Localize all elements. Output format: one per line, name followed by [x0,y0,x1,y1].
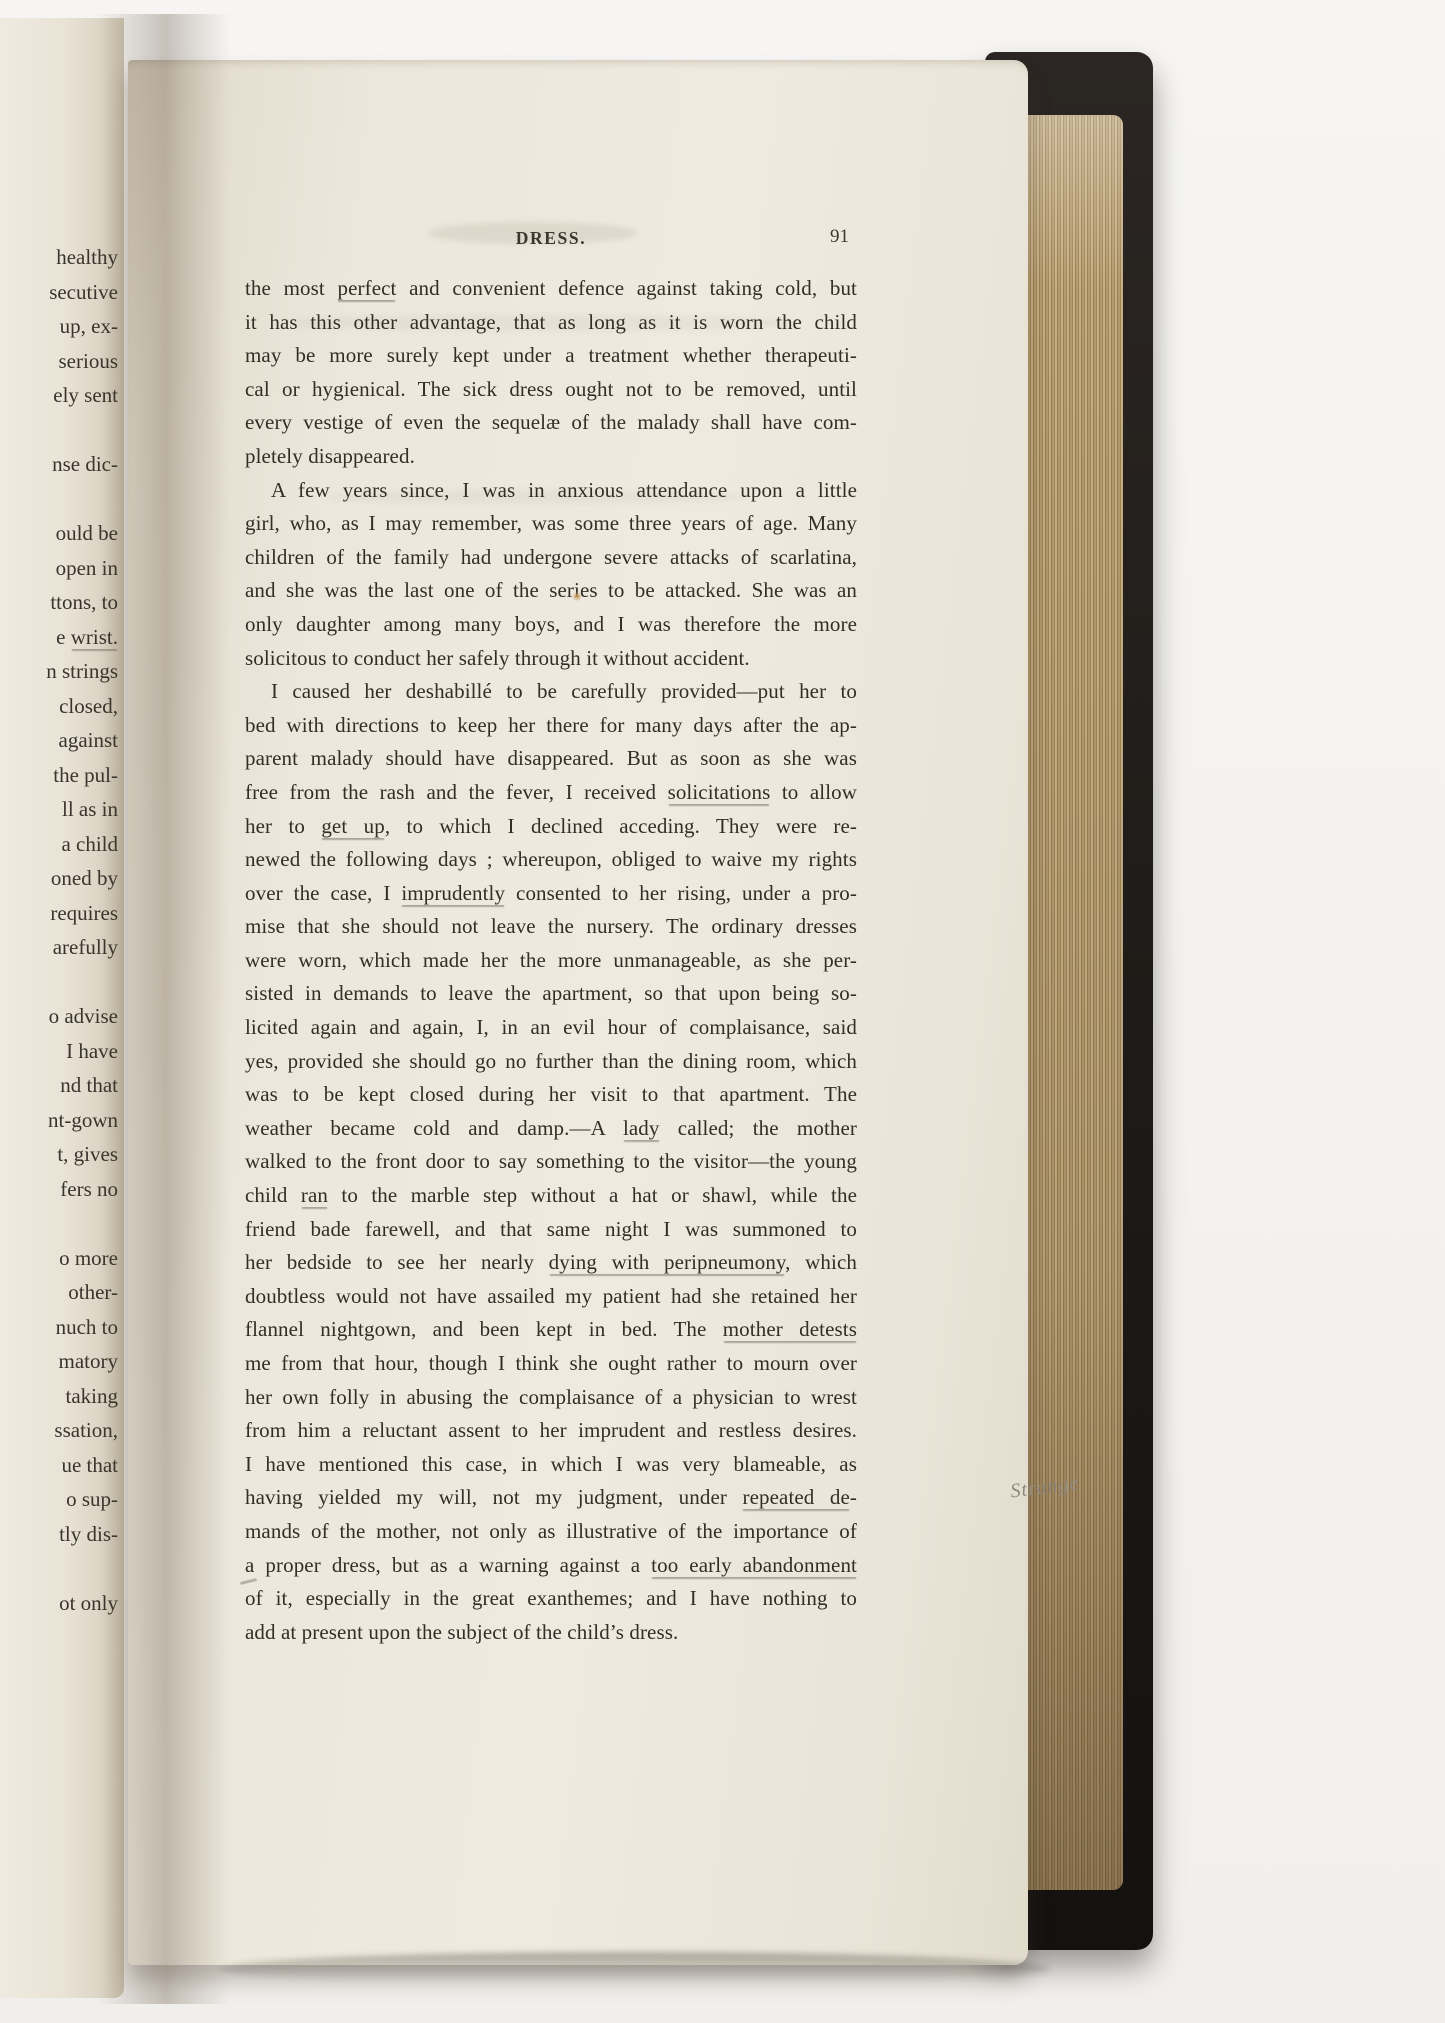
pencil-underline: lady [623,1116,660,1140]
text-line: from him a reluctant assent to her impru… [245,1414,857,1448]
left-page-line: ould be [0,516,118,551]
text-line: free from the rash and the fever, I rece… [245,776,857,810]
pencil-underline: dying with peripneumony [549,1250,786,1274]
page-bottom-shadow [220,1952,1050,1986]
text-line: add at present upon the subject of the c… [245,1616,857,1650]
left-page-line: o more [0,1241,118,1276]
left-page-line: ttons, to [0,585,118,620]
text-line: of it, especially in the great exantheme… [245,1582,857,1616]
left-page-line-gap [0,1551,118,1586]
text-line: bed with directions to keep her there fo… [245,709,857,743]
text-line: me from that hour, though I think she ou… [245,1347,857,1381]
page-number: 91 [830,226,849,248]
left-page-line: other- [0,1275,118,1310]
left-page-line: fers no [0,1172,118,1207]
left-page-line: nuch to [0,1310,118,1345]
left-page-line: ssation, [0,1413,118,1448]
left-page-line-gap [0,1206,118,1241]
left-page-line: taking [0,1379,118,1414]
text-line: a proper dress, but as a warning against… [245,1549,857,1583]
right-page: DRESS. 91 the most perfect and convenien… [128,60,1028,1965]
running-header: DRESS. 91 [245,228,857,258]
text-line: friend bade farewell, and that same nigh… [245,1213,857,1247]
text-line: were worn, which made her the more unman… [245,944,857,978]
left-page-line-gap [0,413,118,448]
text-line: may be more surely kept under a treatmen… [245,339,857,373]
left-page-line: tly dis- [0,1517,118,1552]
text-line: yes, provided she should go no further t… [245,1045,857,1079]
book-photograph: healthysecutiveup, ex-seriousely sentnse… [0,0,1445,2023]
left-page-line: nd that [0,1068,118,1103]
left-page-line-gap [0,482,118,517]
text-line: parent malady should have disappeared. B… [245,742,857,776]
text-line: A few years since, I was in anxious atte… [245,474,857,508]
pencil-underline: too early abandonment [651,1553,857,1577]
pencil-underline: repeated de [742,1485,849,1509]
text-line: girl, who, as I may remember, was some t… [245,507,857,541]
text-line: cal or hygienical. The sick dress ought … [245,373,857,407]
left-page-line: requires [0,896,118,931]
left-page-line: closed, [0,689,118,724]
left-page-line-gap [0,965,118,1000]
text-line: licited again and again, I, in an evil h… [245,1011,857,1045]
text-line: over the case, I imprudently consented t… [245,877,857,911]
left-page-text-fragments: healthysecutiveup, ex-seriousely sentnse… [0,240,118,1620]
left-page-line: oned by [0,861,118,896]
left-page-line: open in [0,551,118,586]
left-page-line: up, ex- [0,309,118,344]
text-line: weather became cold and damp.—A lady cal… [245,1112,857,1146]
text-line: her bedside to see her nearly dying with… [245,1246,857,1280]
left-page-line: a child [0,827,118,862]
pencil-underline: mother detests [723,1317,857,1341]
text-line: mands of the mother, not only as illustr… [245,1515,857,1549]
text-line: and she was the last one of the series t… [245,574,857,608]
body-text: the most perfect and convenient defence … [245,272,857,1649]
text-line: it has this other advantage, that as lon… [245,306,857,340]
text-line: I have mentioned this case, in which I w… [245,1448,857,1482]
text-line: sisted in demands to leave the apartment… [245,977,857,1011]
left-page-line: matory [0,1344,118,1379]
text-line: the most perfect and convenient defence … [245,272,857,306]
paper-stain [572,592,582,601]
left-page-line: the pul- [0,758,118,793]
text-line: flannel nightgown, and been kept in bed.… [245,1313,857,1347]
left-page-strip: healthysecutiveup, ex-seriousely sentnse… [0,18,124,1998]
left-page-line: serious [0,344,118,379]
pencil-underline: perfect [337,276,396,300]
text-line: doubtless would not have assailed my pat… [245,1280,857,1314]
text-line: every vestige of even the sequelæ of the… [245,406,857,440]
left-page-line: ot only [0,1586,118,1621]
left-page-line: e wrist. [0,620,118,655]
pencil-underline: get up [321,814,385,838]
text-line: I caused her deshabillé to be carefully … [245,675,857,709]
left-page-line: healthy [0,240,118,275]
pencil-underline: wrist. [71,625,118,649]
text-line: her own folly in abusing the complaisanc… [245,1381,857,1415]
left-page-line: o sup- [0,1482,118,1517]
text-line: pletely disappeared. [245,440,857,474]
left-page-line: against [0,723,118,758]
left-page-line: ely sent [0,378,118,413]
text-line: her to get up, to which I declined acced… [245,810,857,844]
text-line: having yielded my will, not my judgment,… [245,1481,857,1515]
pencil-underline: solicitations [668,780,771,804]
left-page-line: I have [0,1034,118,1069]
text-line: solicitous to conduct her safely through… [245,642,857,676]
left-page-line: arefully [0,930,118,965]
left-page-line: o advise [0,999,118,1034]
pencil-underline: ran [301,1183,328,1207]
left-page-line: n strings [0,654,118,689]
text-line: only daughter among many boys, and I was… [245,608,857,642]
left-page-line: ue that [0,1448,118,1483]
text-line: children of the family had undergone sev… [245,541,857,575]
text-line: newed the following days ; whereupon, ob… [245,843,857,877]
left-page-line: ll as in [0,792,118,827]
text-line: walked to the front door to say somethin… [245,1145,857,1179]
text-line: mise that she should not leave the nurse… [245,910,857,944]
left-page-line: nt-gown [0,1103,118,1138]
left-page-line: secutive [0,275,118,310]
text-line: was to be kept closed during her visit t… [245,1078,857,1112]
pencil-underline: imprudently [401,881,505,905]
text-line: child ran to the marble step without a h… [245,1179,857,1213]
section-title: DRESS. [245,228,857,249]
left-page-line: t, gives [0,1137,118,1172]
left-page-line: nse dic- [0,447,118,482]
